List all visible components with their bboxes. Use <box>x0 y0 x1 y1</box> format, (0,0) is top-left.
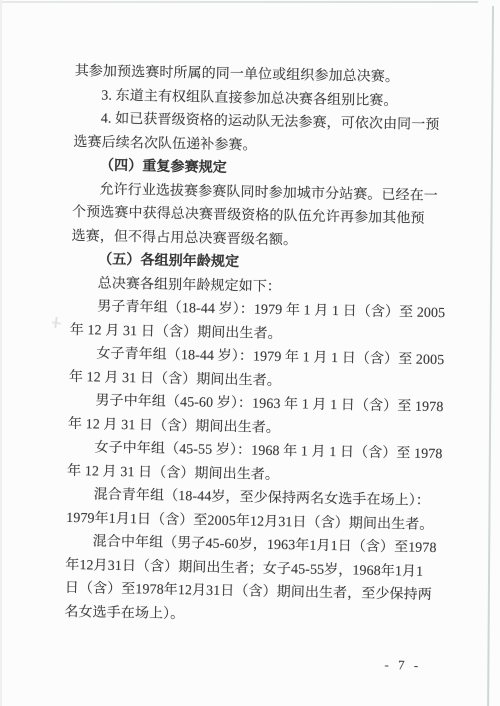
page-number: - 7 - <box>384 658 421 673</box>
scanned-document-page: 其参加预选赛时所属的同一单位或组织参加总决赛。 3. 东道主有权组队直接参加总决… <box>0 0 500 706</box>
scan-artifact-top-line <box>0 1 478 3</box>
document-text: 其参加预选赛时所属的同一单位或组织参加总决赛。 3. 东道主有权组队直接参加总决… <box>63 60 431 706</box>
scan-artifact-left-line <box>0 0 2 706</box>
scan-artifact-smudge <box>51 316 61 328</box>
scan-artifact-right-line <box>487 6 494 706</box>
